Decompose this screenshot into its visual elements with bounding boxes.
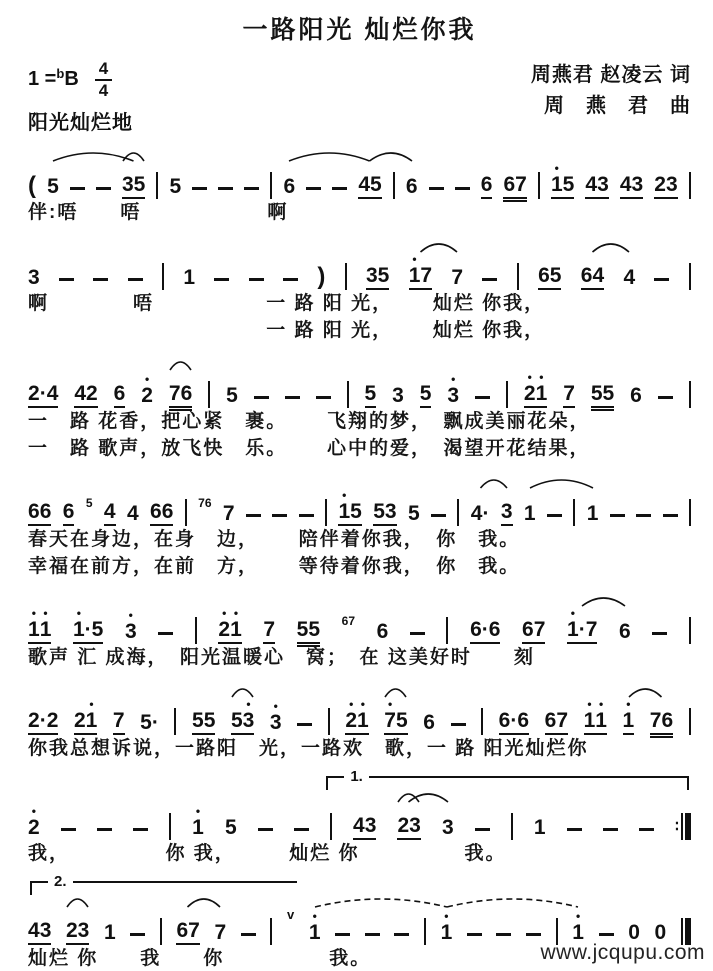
note-token: 7 [451,267,463,290]
note-token: 6 [283,176,295,199]
duration-dash [652,632,667,635]
note-digits: 5 [225,817,237,840]
note-digits: 5 [169,176,181,199]
octave-dots: 15 [338,490,361,499]
barline [185,499,187,526]
octave-dot: 1 [338,490,350,499]
volta-bracket: 1. [326,776,689,790]
note-digit: · [482,619,489,640]
notes-row: (535564566671515434323 [28,161,691,199]
lyrics-line: 春天在身边，在身 边， 陪伴着你我， 你 我。 [28,526,691,553]
note-token: 1 [534,817,546,840]
note-digits: 76 [169,383,192,408]
note-digits: 4· [471,503,490,526]
note-digit: 7 [515,174,527,195]
note-digits: 6 [283,176,295,199]
note-digit: 7 [534,619,546,640]
note-token: 11 [192,806,204,840]
note-token: 33 [270,701,282,735]
note-digit: 1 [104,922,116,943]
note-digits: 7 [451,267,463,290]
note-digits: 5 [365,383,377,408]
duration-dash [133,828,148,831]
note-token: 5 [226,385,238,408]
note-digits: 15 [338,501,361,526]
duration-dash [335,933,350,936]
octave-dots: 1·7 [567,608,597,617]
note-token: 1 [183,267,195,290]
octave-dots: 21 [524,372,547,381]
octave-dot: 7 [420,254,432,263]
barline [689,708,691,735]
note-digit: 5 [86,497,93,509]
note-token: 4· [471,503,490,526]
note-digit: 3 [78,920,90,941]
note-digit: 4 [28,920,40,941]
note-digits: 1 [623,710,635,735]
barline [160,918,162,945]
note-digit: 6 [499,710,511,731]
barline [345,263,347,290]
note-digit: 1 [584,710,596,731]
note-digits: 76 [198,497,211,510]
system-2: 31)351717765644啊 唔 一 路 阳 光， 灿烂 你我， 一 路 阳… [28,236,691,344]
note-token: 43 [28,920,51,945]
composer-credit: 周 燕 君 曲 [531,91,691,122]
octave-dot: 1 [572,911,584,920]
note-digit: 7 [198,497,205,509]
note-token: 55 [297,619,320,644]
note-digit: 7 [420,265,432,286]
duration-dash [567,828,582,831]
note-digit: · [40,710,47,731]
barline [689,617,691,644]
barline [169,813,171,840]
note-digit: 2 [28,710,40,731]
note-token: 2·4 [28,383,58,408]
note-token: 55 [591,383,614,408]
thick-barline [685,813,691,840]
note-digit: 3 [243,710,255,731]
note-digit: 2 [28,383,40,404]
lyrics-line: 幸福在前方，在前 方， 等待着你我， 你 我。 [28,553,691,580]
octave-dot: 5 [396,699,408,708]
repeat-end-barline: ∶ [675,813,691,840]
duration-dash [410,632,425,635]
note-digit: 1 [309,922,321,943]
octave-dot: 2 [141,374,153,383]
note-digits: 5 [420,383,432,408]
note-token: 6 [619,621,631,644]
note-digits: 7 [214,922,226,945]
note-digits: 53 [231,710,254,735]
octave-dot: 1 [309,911,321,920]
note-digits: 67 [522,619,545,644]
note-digit: 5 [378,265,390,286]
note-digit: 6 [40,501,52,522]
duration-dash [526,933,541,936]
note-digit: 5 [226,385,238,406]
note-digits: 66 [28,501,51,526]
note-token: 5· [140,712,159,735]
note-digit: 2 [28,817,40,838]
octave-dot: 1 [357,699,369,708]
octave-dot: 1 [584,699,596,708]
note-digits: 75 [384,710,407,735]
note-digits: 21 [524,383,547,408]
octave-dot: 1 [623,699,635,708]
notes-row: 31)351717765644 [28,252,691,290]
note-digit: 7 [188,920,200,941]
note-digits: 5· [140,712,159,735]
note-token: 33 [447,374,459,408]
note-digit: 3 [125,621,137,642]
note-digit: 1 [357,710,369,731]
note-digit: 7 [556,710,568,731]
grace-note-token: 5 [86,497,93,510]
note-digit: 6 [406,176,418,197]
lyrics-line: 啊 唔 一 路 阳 光， 灿烂 你我， [28,290,691,317]
note-token: 4 [104,501,116,526]
note-token: 7575 [384,699,407,735]
note-digits: 5 [86,497,93,510]
note-token: 53 [373,501,396,526]
note-digit: 5 [297,619,309,640]
note-token: 5 [365,383,377,408]
octave-dots: 1 [309,911,321,920]
note-digit: 2 [66,920,78,941]
note-digits: 6 [406,176,418,199]
note-digit: 0 [655,922,667,943]
note-digit: 5 [420,383,432,404]
note-digit: 7 [263,619,275,640]
note-digit: 2 [86,383,98,404]
note-digit: 5 [225,817,237,838]
note-digit: 6 [517,710,529,731]
note-token: 35 [366,265,389,290]
note-token: 76 [650,710,673,735]
octave-dot: · [85,608,92,617]
octave-dot: 5 [92,608,104,617]
octave-dot: 1 [40,608,52,617]
note-token: 5 [169,176,181,199]
slur-arcs [28,353,691,373]
note-digit: 4 [471,503,483,524]
duration-dash [306,187,321,190]
note-token: 6 [406,176,418,199]
note-digit: 6 [630,385,642,406]
note-digit: 6 [581,265,593,286]
note-digit: 6 [503,174,515,195]
octave-dots: 1 [623,699,635,708]
breath-mark: v [287,907,294,922]
octave-dots: 1 [192,806,204,815]
duration-dash [130,933,145,936]
note-digit: 5 [563,174,575,195]
duration-dash [61,828,76,831]
barline [156,172,158,199]
note-digit: 4 [74,383,86,404]
note-digit: 4 [353,815,365,836]
note-digit: 3 [442,817,454,838]
duration-dash [272,514,287,517]
note-token: 3 [442,817,454,840]
note-digit: 3 [385,501,397,522]
note-token: 43 [353,815,376,840]
barline [347,381,349,408]
duration-dash [93,278,108,281]
octave-dots: 21 [218,608,241,617]
note-digits: 6 [63,501,75,526]
note-digit: 7 [113,710,125,731]
duration-dash [455,187,470,190]
flat-sign: b [56,66,64,81]
barline [481,708,483,735]
note-digit: 7 [384,710,396,731]
note-digit: 6 [114,383,126,404]
parenthesis: ( [28,174,36,199]
octave-dots: 17 [409,254,432,263]
note-digits: 6 [423,712,435,735]
octave-dot: · [579,608,586,617]
note-digit: 1 [338,501,350,522]
note-digit: · [482,503,489,524]
note-token: 11 [623,699,635,735]
octave-dot: 1 [73,608,85,617]
note-digits: 7 [263,619,275,644]
octave-dots: 75 [384,699,407,708]
duration-dash [316,396,331,399]
octave-dot: 3 [125,610,137,619]
duration-dash [431,514,446,517]
barline [538,172,540,199]
note-digits: 3 [392,385,404,408]
note-digit: 2 [141,385,153,406]
credits-block: 周燕君 赵凌云 词 周 燕 君 曲 [531,60,691,122]
system-3: 2·4426227655353321217556一 路 花香，把心紧 裹。 飞翔… [28,354,691,462]
key-letter: B [64,68,78,91]
octave-dot: 1 [595,699,607,708]
octave-dot: 5 [563,163,575,172]
note-digits: 5 [47,176,59,199]
note-digits: 1 [441,922,453,945]
barline [689,263,691,290]
note-token: 1717 [409,254,432,290]
note-digit: 4 [358,174,370,195]
note-token: 7 [223,503,235,526]
note-token: 23 [654,174,677,199]
note-digits: 2 [141,385,153,408]
barline [393,172,395,199]
octave-dot: 2 [28,806,40,815]
note-digits: 53 [373,501,396,526]
note-digit: 5 [591,383,603,404]
note-digit: 5 [350,501,362,522]
octave-dot: 1 [567,608,579,617]
note-digit: 6 [489,619,501,640]
note-token: 43 [585,174,608,199]
note-digit: 7 [214,922,226,943]
note-digit: 3 [270,712,282,733]
system-5: 11111·51·53321217556766·6671·71·76歌声 汇 成… [28,590,691,671]
note-token: 35 [122,174,145,199]
octave-dots: 2 [28,806,40,815]
repeat-dots: ∶ [675,817,679,835]
note-digit: 7 [169,383,181,404]
volta-label: 2. [48,873,73,890]
note-token: 11 [441,911,453,945]
octave-dot: 7 [586,608,598,617]
note-digits: 3 [442,817,454,840]
note-token: 3 [501,501,513,526]
note-digit: 7 [586,619,598,640]
parenthesis: ) [317,265,325,290]
octave-dots: 11 [584,699,607,708]
note-token: 4 [127,503,139,526]
note-digit: 3 [28,267,40,288]
note-digits: 6 [377,621,389,644]
note-token: 64 [581,265,604,290]
note-digits: 76 [650,710,673,735]
duration-dash [663,514,678,517]
octave-dots: 21 [74,699,97,708]
note-digits: 5 [408,503,420,526]
octave-dots: 15 [551,163,574,172]
volta-bracket: 2. [30,881,297,895]
grace-note-token: 76 [198,497,211,510]
note-token: 1·51·5 [73,608,103,644]
note-digits: 66 [150,501,173,526]
note-digits: 1 [309,922,321,945]
note-digit: 6 [63,501,75,522]
octave-dot: 1 [192,806,204,815]
note-digits: 1·5 [73,619,103,644]
note-digit: 1 [524,503,536,524]
note-digit: 1 [572,922,584,943]
note-digit: 1 [567,619,579,640]
duration-dash [70,187,85,190]
duration-dash [214,278,229,281]
note-digits: 5 [226,385,238,408]
note-digit: 3 [366,265,378,286]
duration-dash [97,828,112,831]
note-token: 67 [176,920,199,945]
grace-note-token: 67 [342,615,355,628]
barline [270,918,272,945]
note-digits: 4 [623,267,635,290]
barline [689,381,691,408]
octave-dot: 1 [86,699,98,708]
note-digit: 4 [127,503,139,524]
duration-dash [429,187,444,190]
octave-dots: 2 [141,374,153,383]
barline [325,499,327,526]
note-token: 43 [620,174,643,199]
notes-row: 43231677v11111100 [28,907,691,945]
barline [208,381,210,408]
note-digit: 6 [661,710,673,731]
note-digits: 6 [481,174,493,199]
note-digits: 65 [538,265,561,290]
note-token: 2121 [218,608,241,644]
note-digit: 1 [595,710,607,731]
thin-barline [681,813,683,840]
duration-dash [547,514,562,517]
note-token: 3 [392,385,404,408]
octave-dots: 1 [441,911,453,920]
octave-dot: 5 [231,699,243,708]
octave-dot: 7 [384,699,396,708]
note-digit: 5 [365,383,377,404]
note-digit: · [579,619,586,640]
octave-dot: 3 [447,374,459,383]
note-digits: 21 [74,710,97,735]
notes-row: 2·2212175·555353332121757566·66711111176 [28,697,691,735]
octave-dot: 1 [441,911,453,920]
note-digit: 6 [538,265,550,286]
octave-dot: 1 [230,608,242,617]
note-token: 45 [358,174,381,199]
notes-row: 11111·51·53321217556766·6671·71·76 [28,606,691,644]
note-digit: 2 [47,710,59,731]
key-tempo-block: 1 = bB 4 4 阳光灿烂地 [28,60,133,135]
note-token: 6 [630,385,642,408]
barline [511,813,513,840]
duration-dash [246,514,261,517]
note-digit: 6 [176,920,188,941]
barline [174,708,176,735]
notes-row: 22115432331∶ [28,802,691,840]
note-digit: 5 [140,712,152,733]
note-digits: 6 [630,385,642,408]
note-digit: 5 [204,710,216,731]
duration-dash [394,933,409,936]
song-title: 一路阳光 灿烂你我 [28,10,691,46]
note-digits: 43 [585,174,608,199]
slur-arcs [28,235,691,255]
note-digit: 2 [654,174,666,195]
note-token: 55 [192,710,215,735]
note-digit: 2 [397,815,409,836]
note-digit: 6 [162,501,174,522]
note-token: 67 [522,619,545,644]
system-4: 6665446676715155354·311春天在身边，在身 边， 陪伴着你我… [28,472,691,580]
note-digits: 7 [223,503,235,526]
barline [689,499,691,526]
duration-dash [610,514,625,517]
note-digits: 67 [503,174,526,199]
barline [517,263,519,290]
note-digit: 3 [409,815,421,836]
note-digit: 5 [396,710,408,731]
duration-dash [467,933,482,936]
note-digit: 5 [231,710,243,731]
sheet-music-page: 一路阳光 灿烂你我 1 = bB 4 4 阳光灿烂地 周燕君 赵凌云 词 周 燕… [0,0,713,971]
duration-dash [294,828,309,831]
duration-dash [59,278,74,281]
note-digits: 4 [104,501,116,526]
note-digit: 7 [223,503,235,524]
duration-dash [218,187,233,190]
note-digit: 5 [550,265,562,286]
note-token: 1515 [338,490,361,526]
note-digit: · [40,383,47,404]
notes-row: 6665446676715155354·311 [28,488,691,526]
note-token: 6 [114,383,126,408]
octave-dots: 1·5 [73,608,103,617]
note-digits: 1 [524,503,536,526]
note-digit: 1 [73,619,85,640]
